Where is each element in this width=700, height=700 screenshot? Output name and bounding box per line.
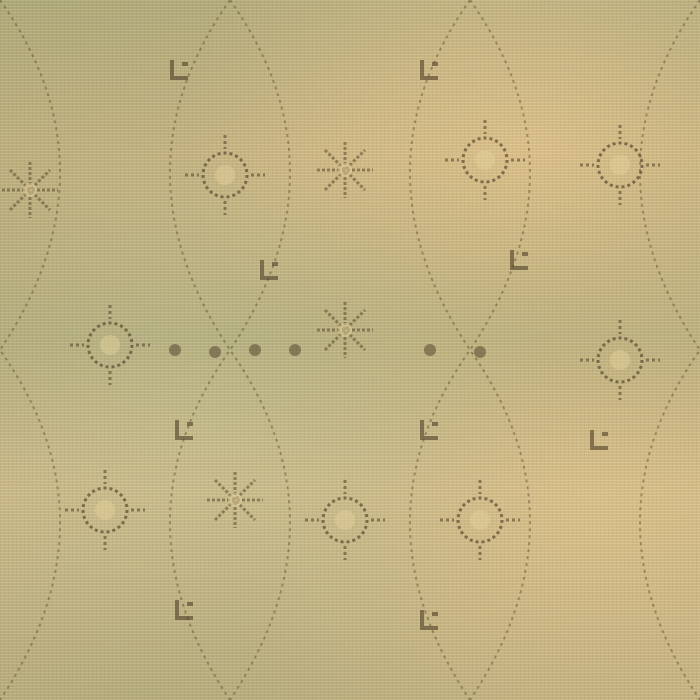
- rug-texture-image: [0, 0, 700, 700]
- floral-pattern-overlay: [0, 0, 700, 700]
